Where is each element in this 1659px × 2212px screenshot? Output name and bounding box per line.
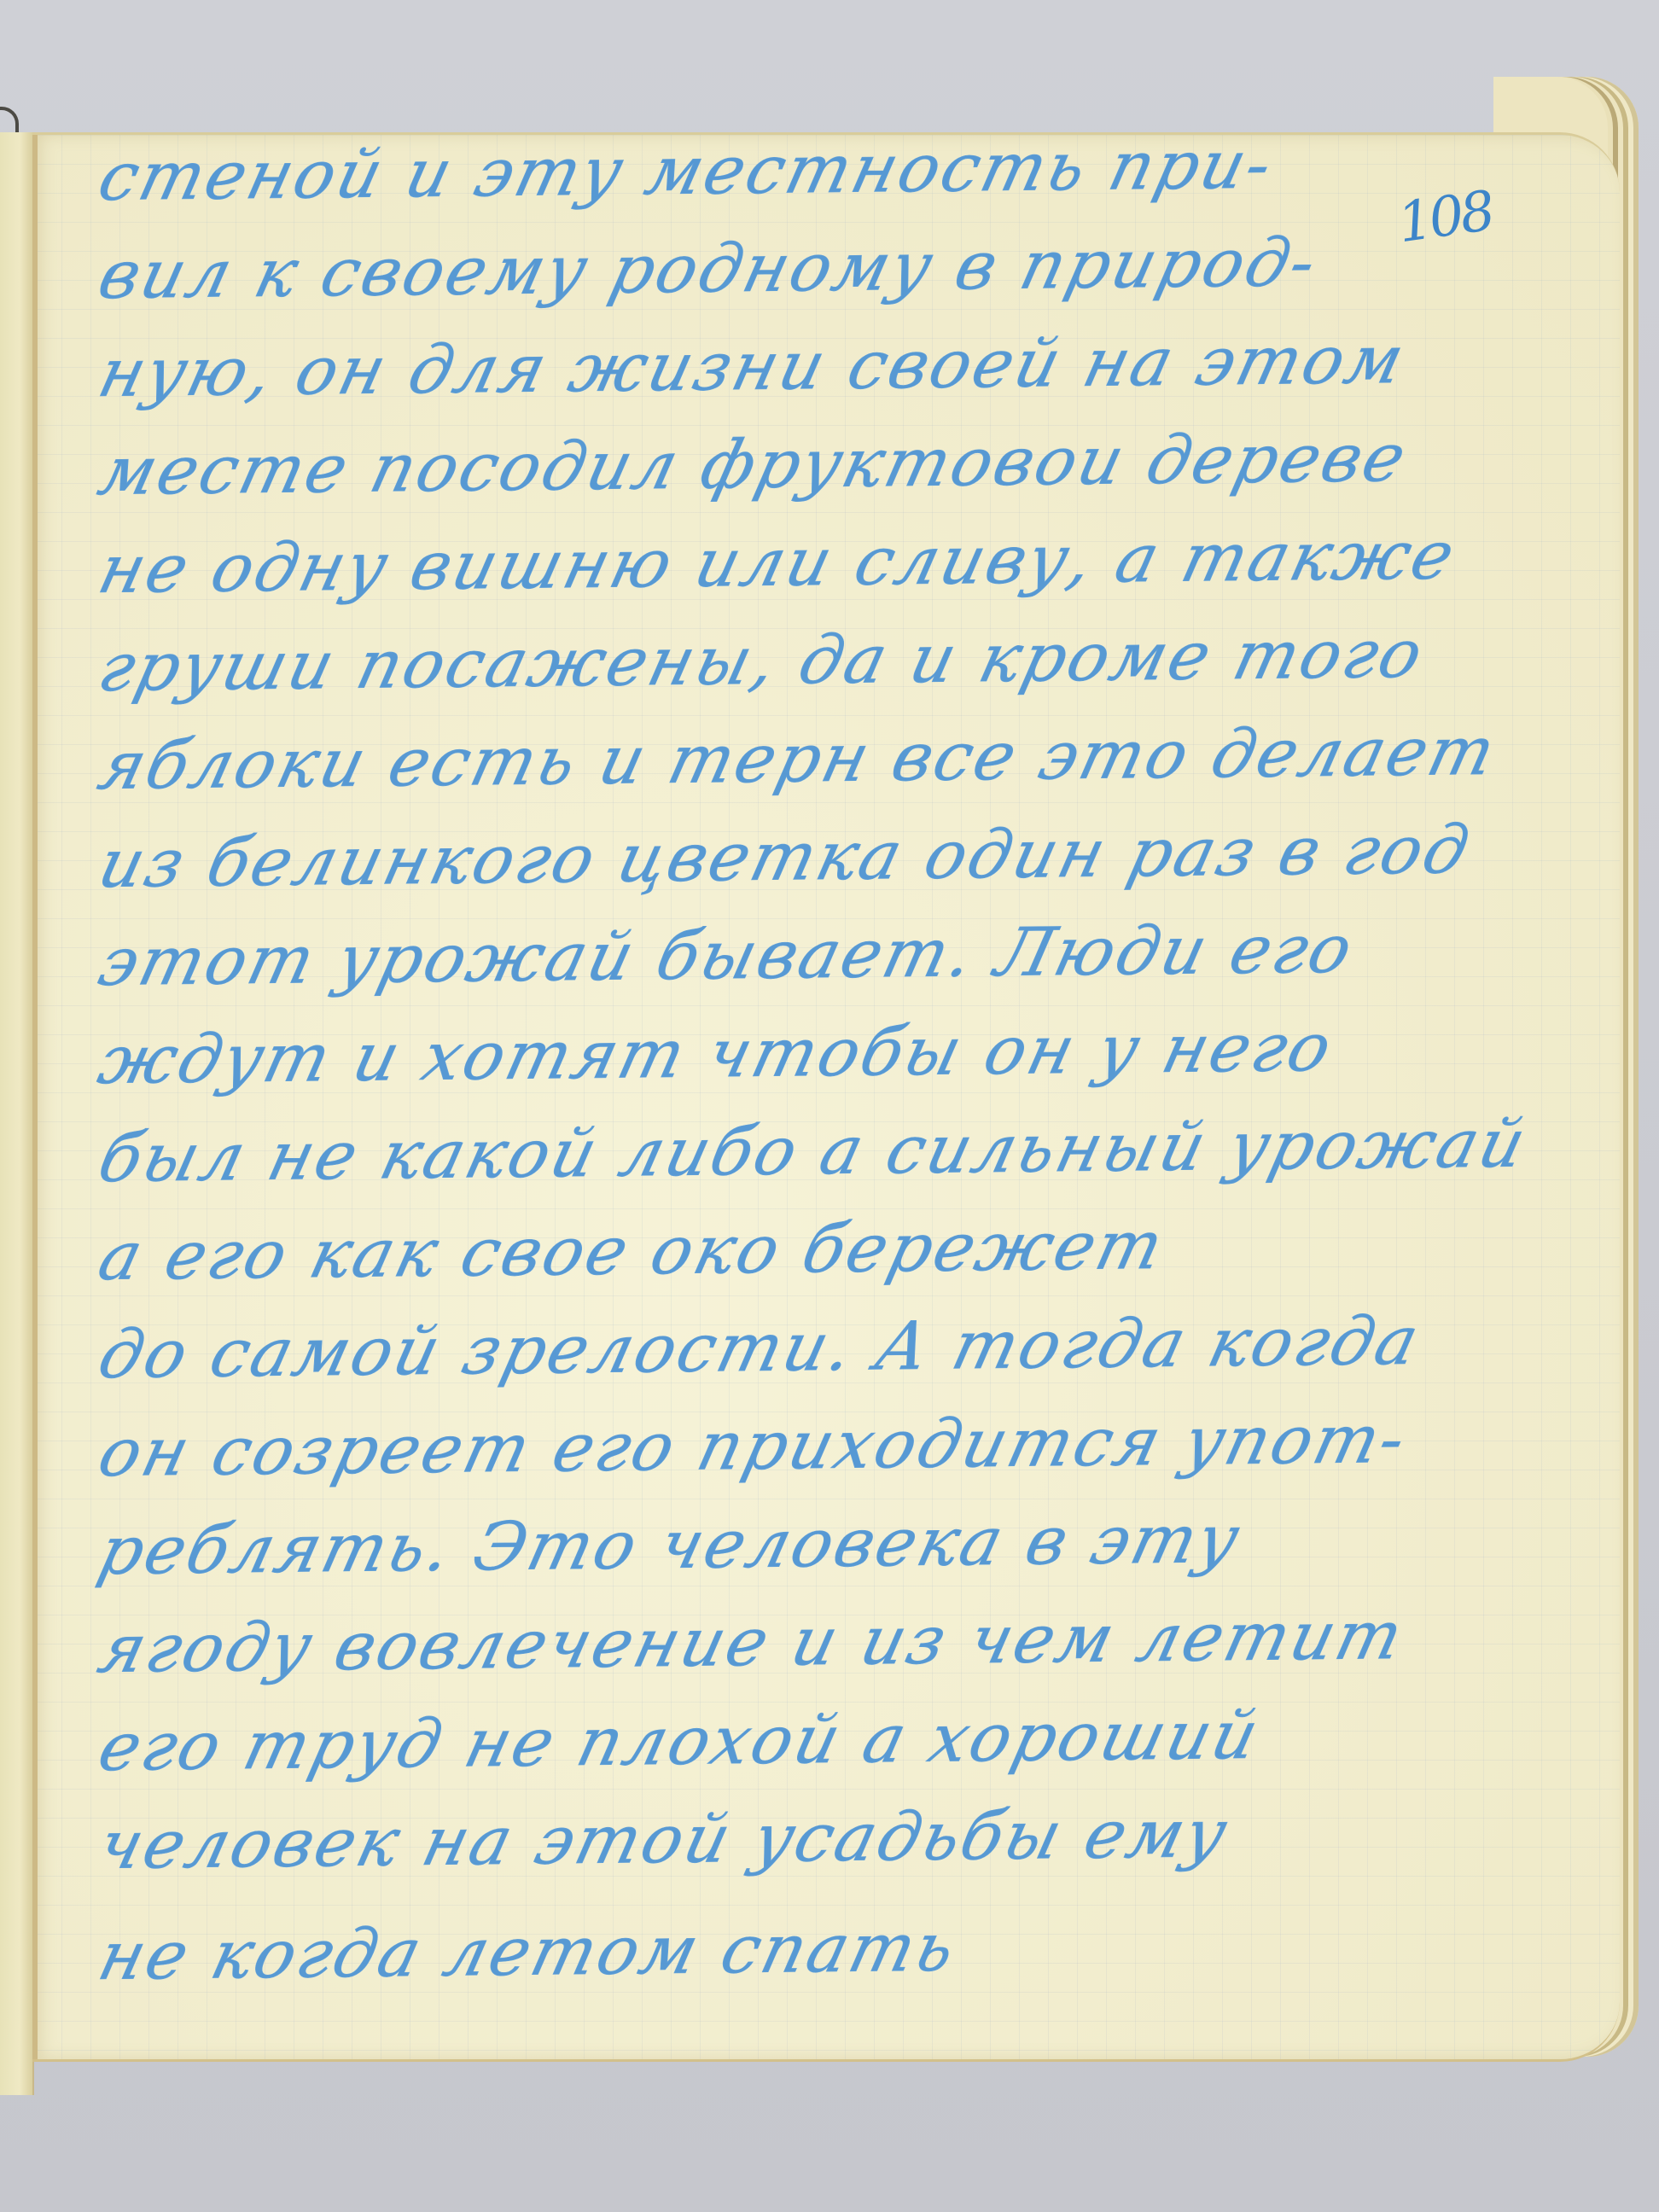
text-line-1: стеной и эту местность при- [89,114,1285,229]
page-number: 108 [1394,180,1495,256]
text-line-11: был не какой либо а сильный урожай [89,1093,1539,1210]
text-line-19: не когда летом спать [89,1897,968,2008]
text-line-15: реблять. Это человека в эту [89,1488,1252,1603]
text-line-5: не одну вишню или сливу, а также [89,504,1467,621]
facing-page-edge [0,132,34,2095]
notebook-page: 108 стеной и эту местность при- вил к св… [32,132,1620,2062]
text-line-10: ждут и хотят чтобы он у него [89,997,1344,1112]
text-line-2: вил к своему родному в природ- [89,212,1329,327]
text-line-13: до самой зрелости. А тогда когда [89,1290,1431,1406]
text-line-3: ную, он для жизни своей на этом [89,309,1417,425]
text-line-14: он созреет его приходится упот- [89,1388,1418,1505]
text-line-7: яблоки есть и терн все это делает [89,701,1508,818]
text-line-16: ягоду вовлечение и из чем летит [89,1585,1416,1701]
binding-edge [32,135,38,2059]
text-line-9: этот урожай бывает. Люди его [89,899,1365,1014]
text-line-17: его труд не плохой а хороший [89,1685,1271,1799]
text-line-4: месте посодил фруктовои дереве [89,407,1418,523]
text-line-18: человек на этой усадьбы ему [89,1783,1240,1897]
notebook-photo: 108 стеной и эту местность при- вил к св… [0,0,1659,2212]
text-line-6: груши посажены, да и кроме того [89,603,1435,719]
text-line-12: а его как свое око бережет [89,1195,1176,1308]
text-line-8: из белинкого цветка один раз в год [89,799,1481,916]
